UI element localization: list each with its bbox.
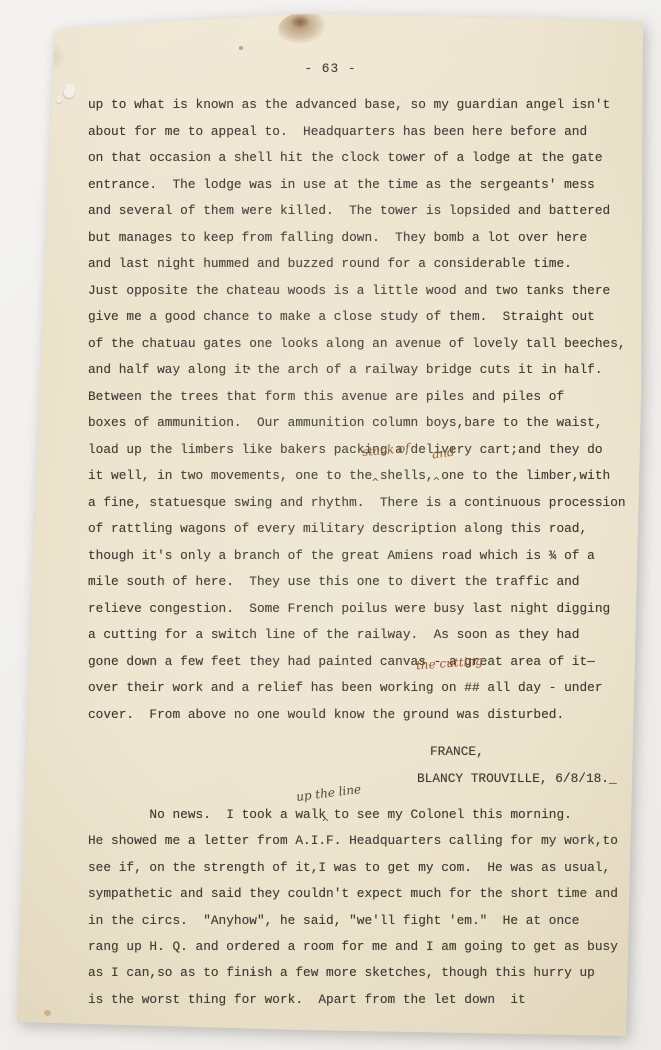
text-line: of rattling wagons of every military des… xyxy=(88,516,626,543)
ink-stain-core xyxy=(290,15,310,28)
text-line: though it's only a branch of the great A… xyxy=(88,543,626,570)
text-line: as I can,so as to finish a few more sket… xyxy=(88,960,618,986)
text-line: a cutting for a switch line of the railw… xyxy=(88,622,626,649)
page-number: - 63 - xyxy=(0,61,661,76)
text-line: Between the trees that form this avenue … xyxy=(88,384,626,411)
text-line: gone down a few feet they had painted ca… xyxy=(88,649,626,676)
text-line: rang up H. Q. and ordered a room for me … xyxy=(88,934,618,960)
dateline-place: FRANCE, xyxy=(430,744,484,759)
text-line: sympathetic and said they couldn't expec… xyxy=(88,881,618,907)
insertion-caret: ^ xyxy=(433,476,440,487)
document-page: - 63 - up to what is known as the advanc… xyxy=(0,0,661,1050)
insertion-mark: ▴ xyxy=(246,363,251,374)
insertion-caret: ^ xyxy=(372,477,379,488)
corner-speck xyxy=(44,1010,51,1016)
stain-speck xyxy=(239,46,243,50)
text-line: He showed me a letter from A.I.F. Headqu… xyxy=(88,828,618,854)
text-line: in the circs. "Anyhow", he said, "we'll … xyxy=(88,908,618,934)
text-line: entrance. The lodge was in use at the ti… xyxy=(88,172,626,199)
text-line: and several of them were killed. The tow… xyxy=(88,198,626,225)
text-line: and half way along it the arch of a rail… xyxy=(88,357,626,384)
paper-chip xyxy=(62,83,77,100)
text-line: over their work and a relief has been wo… xyxy=(88,675,626,702)
text-line: up to what is known as the advanced base… xyxy=(88,92,626,119)
text-line: load up the limbers like bakers packing … xyxy=(88,437,626,464)
paragraph-1: up to what is known as the advanced base… xyxy=(88,92,626,728)
text-line: mile south of here. They use this one to… xyxy=(88,569,626,596)
ink-stain xyxy=(278,12,326,44)
text-line: and last night hummed and buzzed round f… xyxy=(88,251,626,278)
dateline-location-date: BLANCY TROUVILLE, 6/8/18._ xyxy=(417,771,617,786)
text-line: relieve congestion. Some French poilus w… xyxy=(88,596,626,623)
text-line: it well, in two movements, one to the sh… xyxy=(88,463,626,490)
text-line: boxes of ammunition. Our ammunition colu… xyxy=(88,410,626,437)
paragraph-2: No news. I took a walk to see my Colonel… xyxy=(88,802,618,1013)
text-line: is the worst thing for work. Apart from … xyxy=(88,987,618,1013)
text-line: about for me to appeal to. Headquarters … xyxy=(88,119,626,146)
text-line: cover. From above no one would know the … xyxy=(88,702,626,729)
text-line: Just opposite the chateau woods is a lit… xyxy=(88,278,626,305)
paper-chip xyxy=(56,96,62,103)
annotation-up-the-line: up the line xyxy=(295,782,361,804)
edge-mark xyxy=(6,898,14,910)
paper-shadow-wrapper: - 63 - up to what is known as the advanc… xyxy=(0,0,661,1050)
photographed-document-scene: - 63 - up to what is known as the advanc… xyxy=(0,0,661,1050)
insertion-caret: ^ xyxy=(322,817,329,828)
text-line: No news. I took a walk to see my Colonel… xyxy=(88,802,618,828)
text-line: see if, on the strength of it,I was to g… xyxy=(88,855,618,881)
text-line: give me a good chance to make a close st… xyxy=(88,304,626,331)
text-line: but manages to keep from falling down. T… xyxy=(88,225,626,252)
text-line: on that occasion a shell hit the clock t… xyxy=(88,145,626,172)
text-line: of the chatuau gates one looks along an … xyxy=(88,331,626,358)
text-line: a fine, statuesque swing and rhythm. The… xyxy=(88,490,626,517)
